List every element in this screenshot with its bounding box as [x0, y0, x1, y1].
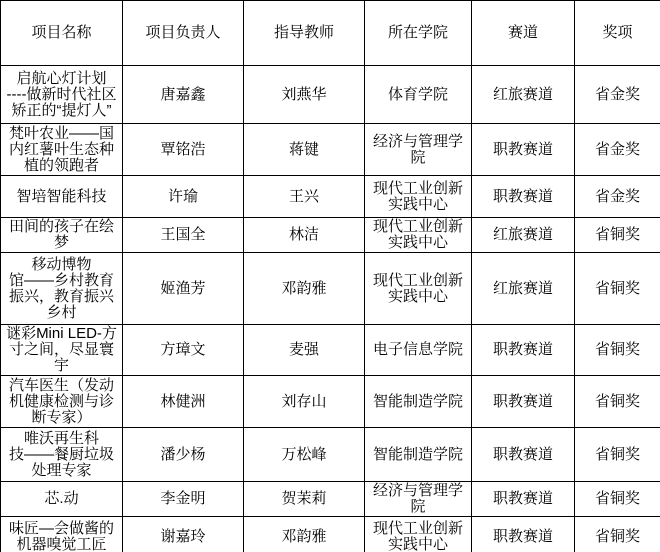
cell-project: 启航心灯计划 ----做新时代社区 矫正的“提灯人” — [1, 66, 123, 124]
cell-project: 谜彩Mini LED-方 寸之间，尽显寰 宇 — [1, 325, 123, 376]
cell-award: 省铜奖 — [575, 218, 660, 253]
cell-track: 职教赛道 — [472, 376, 575, 428]
cell-teacher: 贺茉莉 — [244, 482, 365, 517]
table-row: 谜彩Mini LED-方 寸之间，尽显寰 宇 方璋文 麦强 电子信息学院 职教赛… — [1, 325, 660, 376]
cell-college: 现代工业创新实践中心 — [365, 176, 472, 218]
cell-leader: 方璋文 — [123, 325, 244, 376]
column-header-leader: 项目负责人 — [123, 1, 244, 66]
cell-college: 经济与管理学院 — [365, 124, 472, 176]
column-header-project: 项目名称 — [1, 1, 123, 66]
table-row: 芯.动 李金明 贺茉莉 经济与管理学院 职教赛道 省铜奖 — [1, 482, 660, 517]
cell-teacher: 万松峰 — [244, 428, 365, 482]
cell-track: 红旅赛道 — [472, 253, 575, 325]
cell-track: 职教赛道 — [472, 482, 575, 517]
column-header-teacher: 指导教师 — [244, 1, 365, 66]
cell-project: 梵叶农业——国 内红薯叶生态种 植的领跑者 — [1, 124, 123, 176]
cell-track: 职教赛道 — [472, 325, 575, 376]
cell-award: 省铜奖 — [575, 376, 660, 428]
cell-college: 现代工业创新实践中心 — [365, 253, 472, 325]
table-row: 梵叶农业——国 内红薯叶生态种 植的领跑者 覃铭浩 蒋键 经济与管理学院 职教赛… — [1, 124, 660, 176]
cell-teacher: 王兴 — [244, 176, 365, 218]
cell-project: 移动博物 馆——乡村教育 振兴，教育振兴 乡村 — [1, 253, 123, 325]
cell-project: 田间的孩子在绘 梦 — [1, 218, 123, 253]
cell-teacher: 邓韵雅 — [244, 253, 365, 325]
cell-leader: 覃铭浩 — [123, 124, 244, 176]
cell-track: 红旅赛道 — [472, 66, 575, 124]
cell-leader: 许瑜 — [123, 176, 244, 218]
cell-leader: 王国全 — [123, 218, 244, 253]
table-row: 田间的孩子在绘 梦 王国全 林洁 现代工业创新实践中心 红旅赛道 省铜奖 — [1, 218, 660, 253]
column-header-college: 所在学院 — [365, 1, 472, 66]
cell-project: 唯沃再生科 技——餐厨垃圾 处理专家 — [1, 428, 123, 482]
cell-leader: 唐嘉鑫 — [123, 66, 244, 124]
awards-table: 项目名称 项目负责人 指导教师 所在学院 赛道 奖项 启航心灯计划 ----做新… — [0, 0, 660, 552]
cell-track: 职教赛道 — [472, 428, 575, 482]
cell-project: 味匠—会做酱的 机器嗅觉工匠 — [1, 517, 123, 552]
cell-track: 职教赛道 — [472, 176, 575, 218]
cell-award: 省铜奖 — [575, 253, 660, 325]
cell-project: 智培智能科技 — [1, 176, 123, 218]
cell-award: 省金奖 — [575, 66, 660, 124]
cell-award: 省铜奖 — [575, 517, 660, 552]
cell-college: 体育学院 — [365, 66, 472, 124]
cell-leader: 林健洲 — [123, 376, 244, 428]
cell-project: 芯.动 — [1, 482, 123, 517]
cell-award: 省金奖 — [575, 176, 660, 218]
cell-award: 省铜奖 — [575, 482, 660, 517]
cell-teacher: 邓韵雅 — [244, 517, 365, 552]
table-row: 智培智能科技 许瑜 王兴 现代工业创新实践中心 职教赛道 省金奖 — [1, 176, 660, 218]
cell-track: 职教赛道 — [472, 124, 575, 176]
column-header-award: 奖项 — [575, 1, 660, 66]
cell-teacher: 麦强 — [244, 325, 365, 376]
header-row: 项目名称 项目负责人 指导教师 所在学院 赛道 奖项 — [1, 1, 660, 66]
cell-award: 省铜奖 — [575, 428, 660, 482]
cell-teacher: 林洁 — [244, 218, 365, 253]
cell-award: 省铜奖 — [575, 325, 660, 376]
cell-project: 汽车医生（发动 机健康检测与诊 断专家） — [1, 376, 123, 428]
cell-college: 智能制造学院 — [365, 428, 472, 482]
cell-teacher: 蒋键 — [244, 124, 365, 176]
table-row: 移动博物 馆——乡村教育 振兴，教育振兴 乡村 姬渔芳 邓韵雅 现代工业创新实践… — [1, 253, 660, 325]
table-row: 味匠—会做酱的 机器嗅觉工匠 谢嘉玲 邓韵雅 现代工业创新实践中心 职教赛道 省… — [1, 517, 660, 552]
cell-college: 智能制造学院 — [365, 376, 472, 428]
cell-award: 省金奖 — [575, 124, 660, 176]
cell-leader: 潘少杨 — [123, 428, 244, 482]
cell-teacher: 刘存山 — [244, 376, 365, 428]
cell-leader: 李金明 — [123, 482, 244, 517]
cell-teacher: 刘燕华 — [244, 66, 365, 124]
cell-track: 红旅赛道 — [472, 218, 575, 253]
cell-college: 电子信息学院 — [365, 325, 472, 376]
cell-college: 现代工业创新实践中心 — [365, 517, 472, 552]
cell-college: 现代工业创新实践中心 — [365, 218, 472, 253]
cell-leader: 谢嘉玲 — [123, 517, 244, 552]
table-row: 启航心灯计划 ----做新时代社区 矫正的“提灯人” 唐嘉鑫 刘燕华 体育学院 … — [1, 66, 660, 124]
cell-college: 经济与管理学院 — [365, 482, 472, 517]
cell-track: 职教赛道 — [472, 517, 575, 552]
column-header-track: 赛道 — [472, 1, 575, 66]
table-row: 唯沃再生科 技——餐厨垃圾 处理专家 潘少杨 万松峰 智能制造学院 职教赛道 省… — [1, 428, 660, 482]
cell-leader: 姬渔芳 — [123, 253, 244, 325]
table-row: 汽车医生（发动 机健康检测与诊 断专家） 林健洲 刘存山 智能制造学院 职教赛道… — [1, 376, 660, 428]
